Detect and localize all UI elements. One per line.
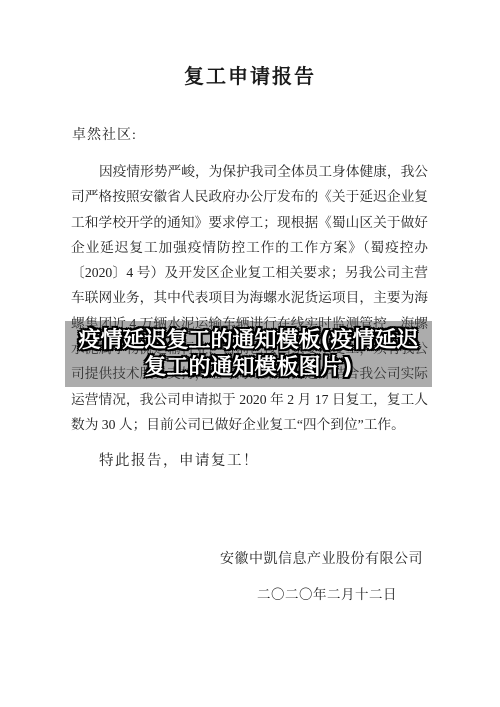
watermark-line-2: 复工的通知模板图片)	[144, 354, 352, 381]
watermark-line-1: 疫情延迟复工的通知模板(疫情延迟	[78, 327, 418, 354]
body-line: 车联网业务，其中代表项目为海螺水泥货运项目，主要为海	[71, 285, 428, 310]
signature-company: 安徽中凱信息产业股份有限公司	[220, 548, 423, 568]
body-line: 司严格按照安徽省人民政府办公厅发布的《关于延迟企业复	[71, 184, 428, 209]
salutation: 卓然社区:	[72, 124, 137, 144]
document-page: 复工申请报告 卓然社区: 因疫情形势严峻，为保护我司全体员工身体健康，我公 司严…	[0, 0, 500, 707]
document-body: 因疫情形势严峻，为保护我司全体员工身体健康，我公 司严格按照安徽省人民政府办公厅…	[71, 159, 428, 437]
body-line: 〔2020〕4 号）及开发区企业复工相关要求；另我公司主营	[71, 260, 428, 285]
document-title: 复工申请报告	[0, 60, 500, 89]
body-line: 企业延迟复工加强疫情防控工作的工作方案》（蜀疫控办	[71, 235, 428, 260]
body-line: 因疫情形势严峻，为保护我司全体员工身体健康，我公	[71, 159, 428, 184]
body-line: 运营情况，我公司申请拟于 2020 年 2 月 17 日复工，复工人	[71, 387, 428, 412]
closing-line: 特此报告，申请复工！	[71, 449, 259, 470]
body-line: 工和学校开学的通知》要求停工；现根据《蜀山区关于做好	[71, 210, 428, 235]
watermark-overlay: 疫情延迟复工的通知模板(疫情延迟 复工的通知模板图片)	[65, 321, 432, 387]
signature-date: 二〇二〇年二月十二日	[257, 583, 397, 603]
body-line: 数为 30 人；目前公司已做好企业复工“四个到位”工作。	[71, 412, 428, 437]
